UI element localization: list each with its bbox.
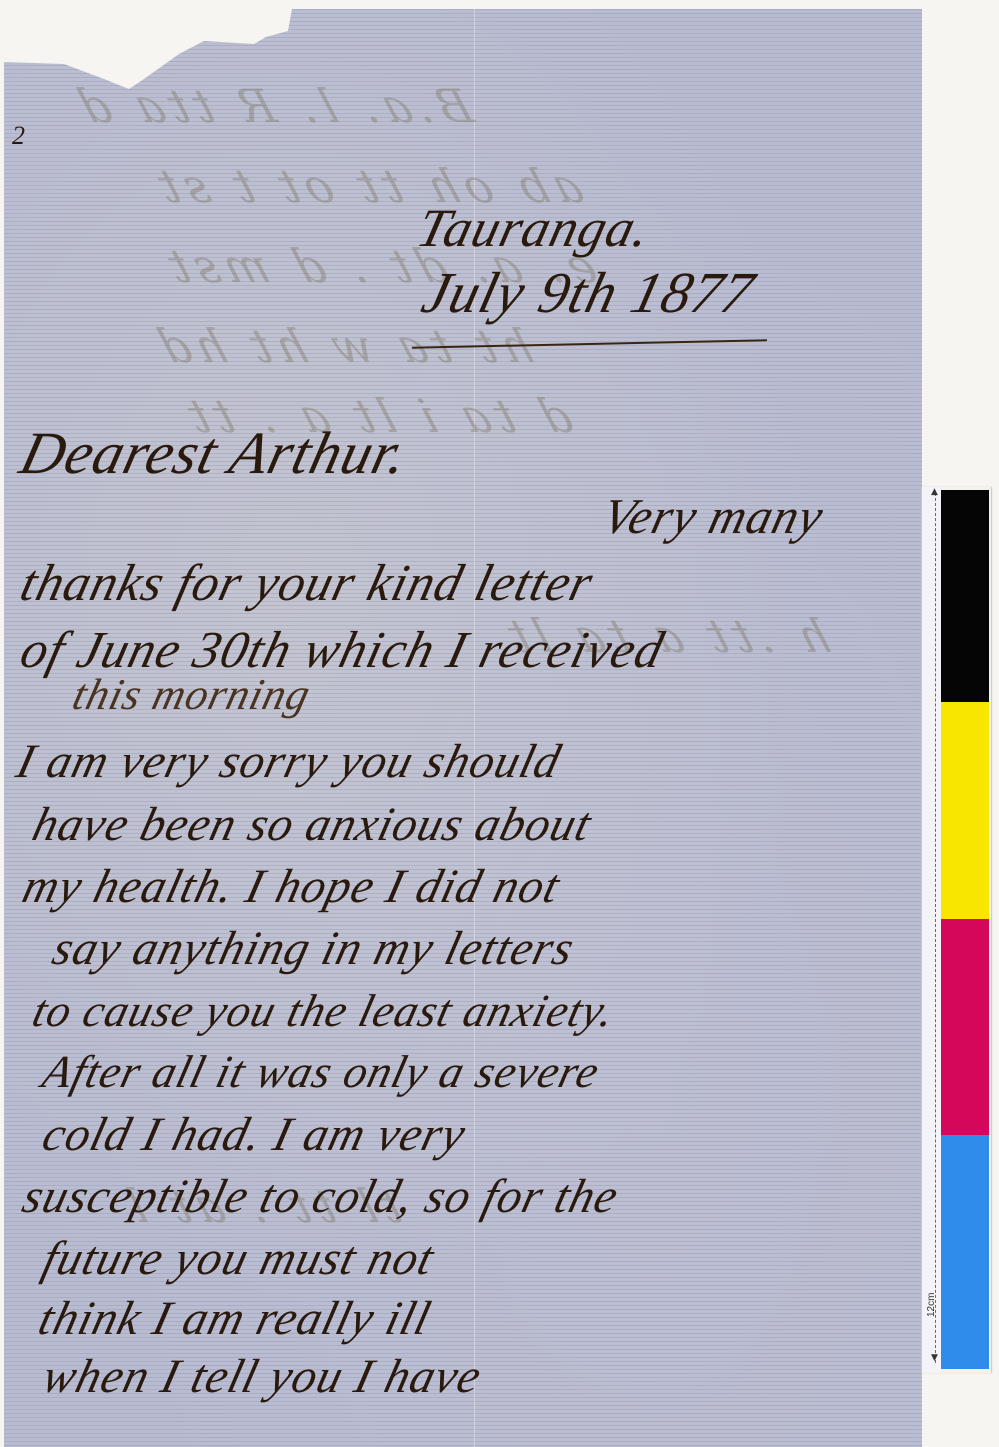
letter-line: After all it was only a severe [37, 1045, 605, 1098]
ruler-dashed-line [935, 493, 936, 1363]
letter-line: cold I had. I am very [37, 1107, 472, 1162]
arrow-up-icon: ▲ [931, 487, 938, 497]
letter-line: when I tell you I have [37, 1349, 487, 1404]
arrow-down-icon: ▼ [931, 1353, 938, 1363]
letter-line: thanks for your kind letter [15, 554, 600, 613]
letter-paper: B.a. l. R tta d ab oh tt ot t st e. a. d… [4, 9, 923, 1447]
letter-date: July 9th 1877 [416, 259, 761, 326]
letter-line: think I am really ill [33, 1291, 437, 1346]
letter-line: my health. I hope I did not [17, 859, 566, 914]
letter-line: have been so anxious about [27, 797, 597, 852]
swatch-cyan [941, 1135, 989, 1369]
letter-line: susceptible to cold, so for the [17, 1169, 624, 1224]
letter-line: say anything in my letters [47, 921, 580, 976]
letter-line: future you must not [37, 1231, 440, 1286]
swatch-black [941, 490, 989, 702]
ruler-scale-label: 12cm [926, 1293, 937, 1317]
bleed-through-text: B.a. l. R tta d [65, 79, 479, 133]
letter-line: Very many [597, 487, 830, 545]
letter-place: Tauranga. [411, 197, 657, 259]
letter-salutation: Dearest Arthur. [13, 419, 415, 488]
color-calibration-strip: ▲ ▼ 12cm [921, 487, 991, 1373]
letter-line: this morning [68, 669, 316, 720]
swatch-magenta [941, 919, 989, 1135]
page-number-mark: 2 [12, 121, 25, 151]
letter-line: I am very sorry you should [11, 734, 567, 789]
swatch-yellow [941, 702, 989, 919]
scale-ruler: ▲ ▼ 12cm [921, 487, 941, 1373]
letter-line: to cause you the least anxiety. [27, 984, 621, 1037]
